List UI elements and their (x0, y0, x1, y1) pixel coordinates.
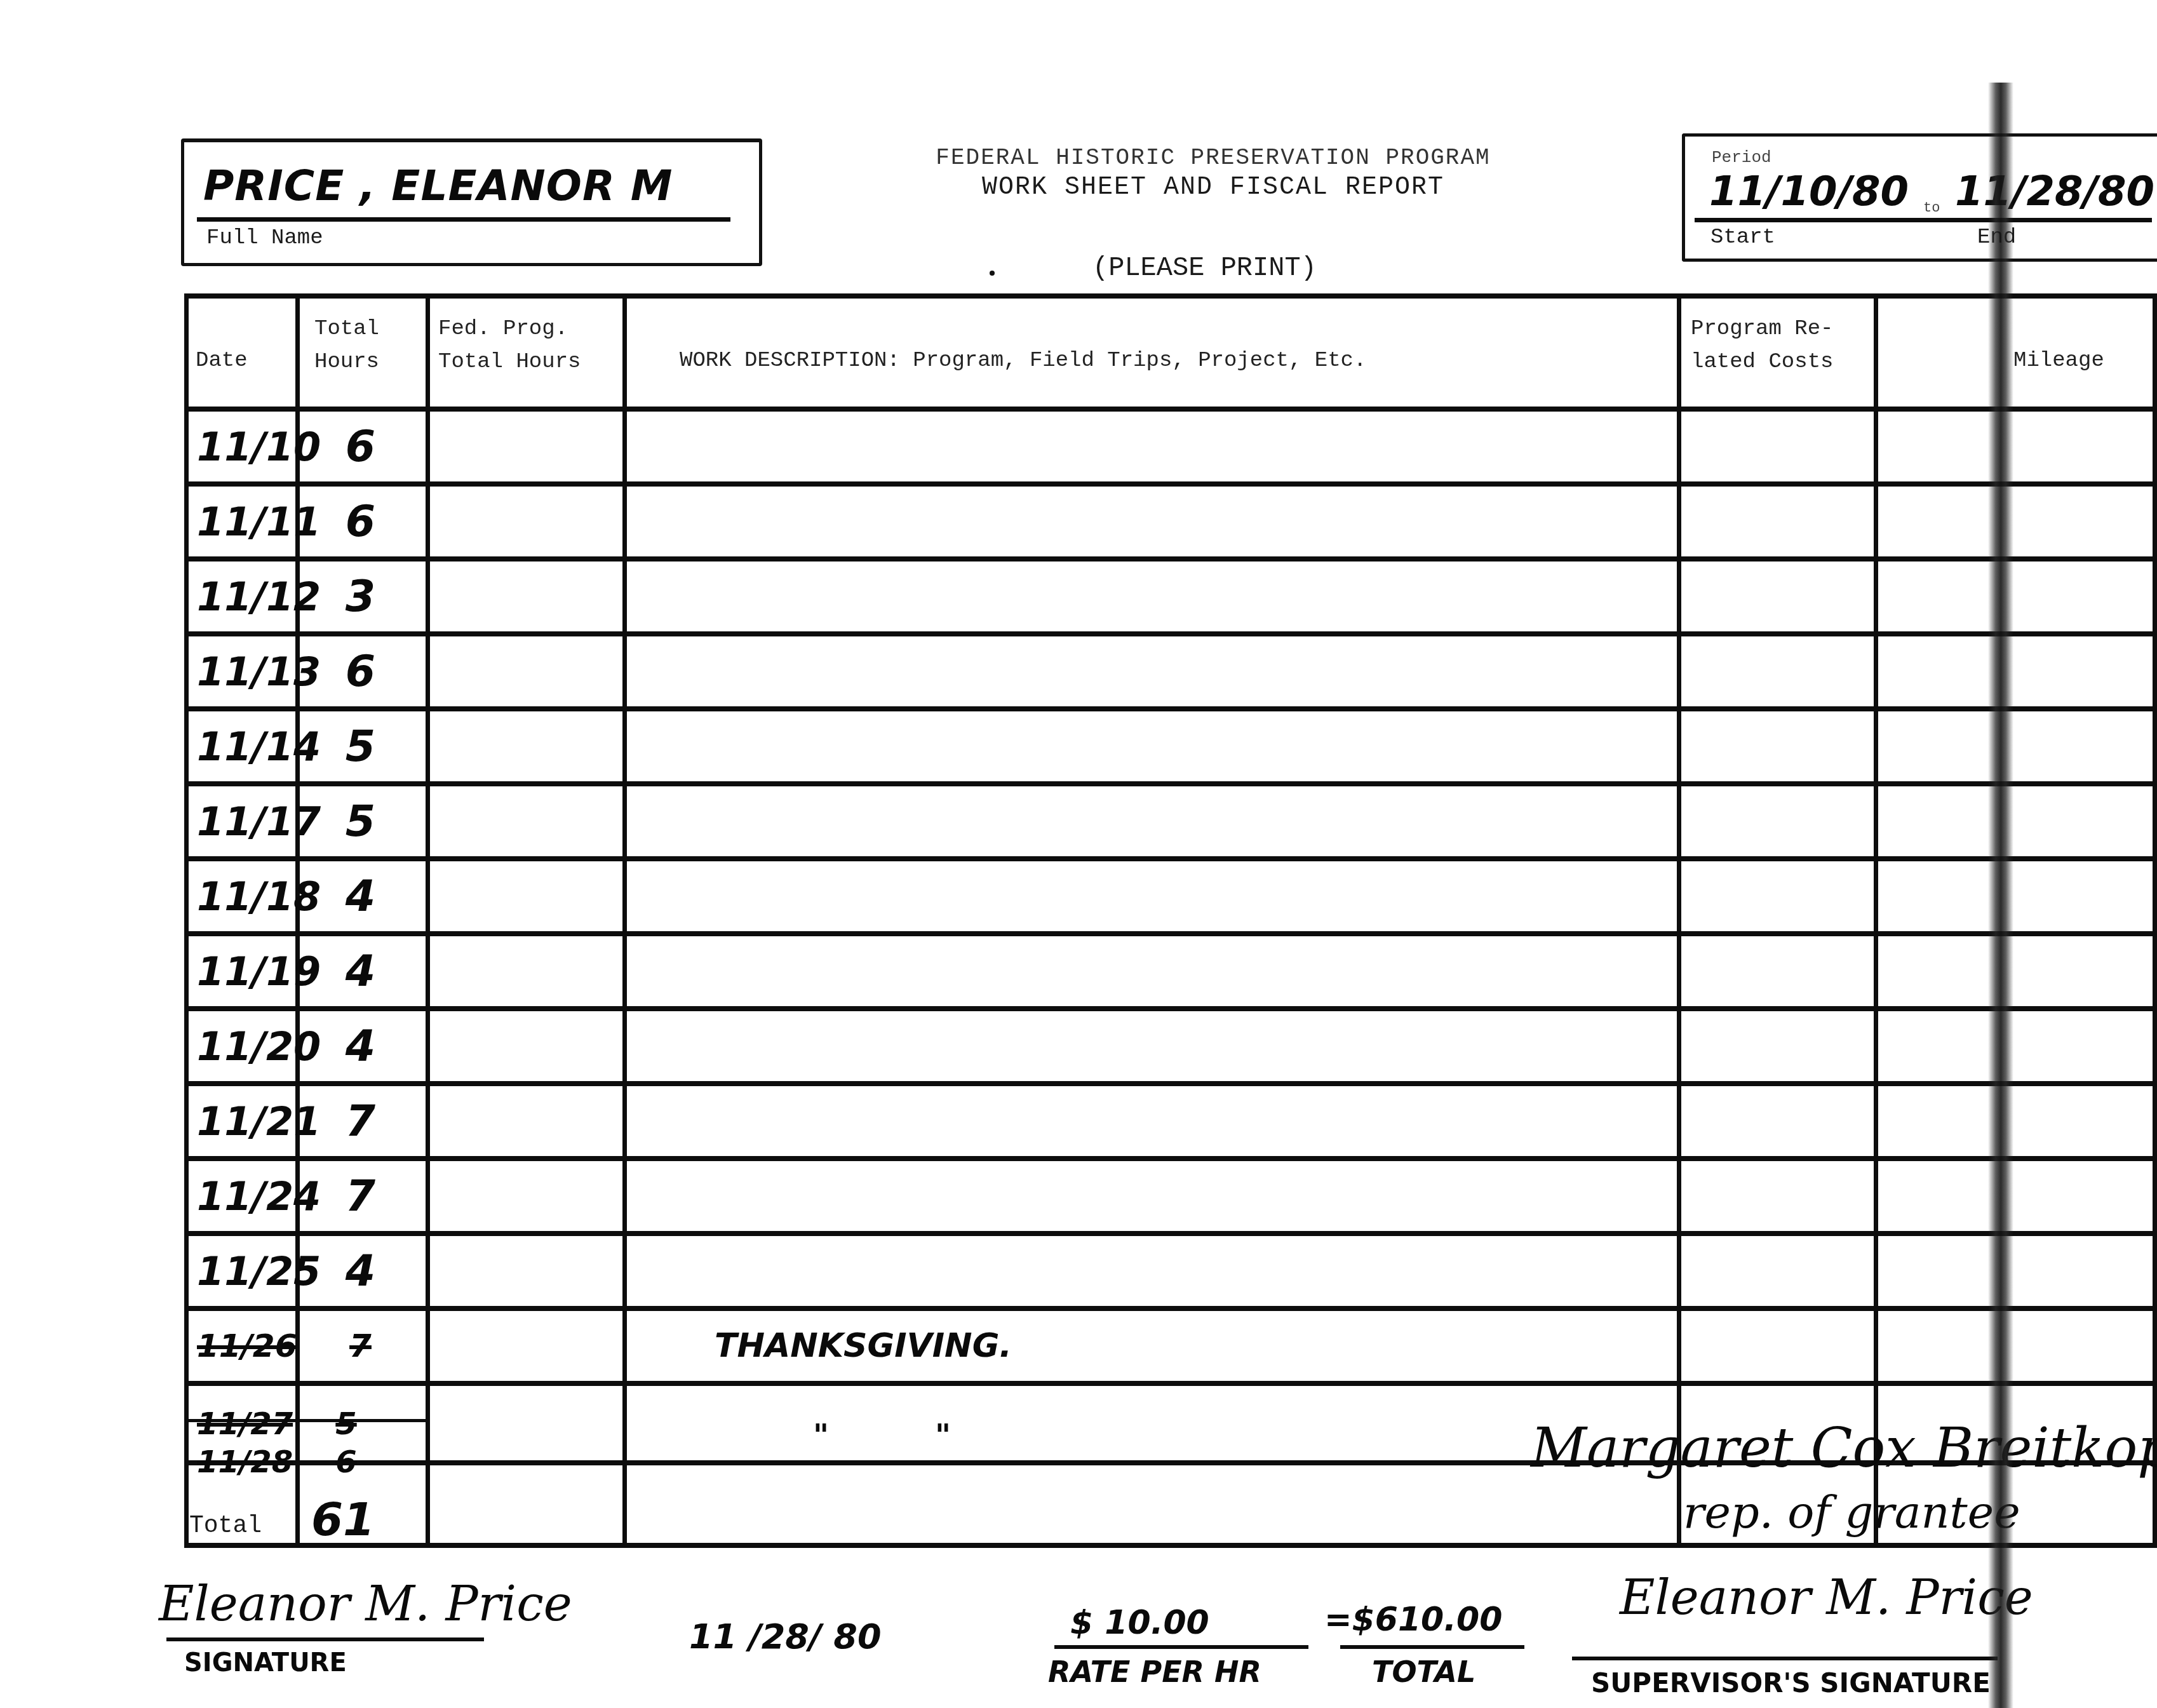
employee-signature[interactable]: Eleanor M. Price (159, 1575, 572, 1632)
full-name-label: Full Name (206, 226, 323, 250)
table-row-divider (184, 556, 2157, 561)
date-cell[interactable]: 11/25 (184, 1236, 308, 1306)
work-description-cell[interactable] (715, 861, 1667, 931)
table-row-divider (184, 1156, 2157, 1161)
program-costs-cell[interactable] (1683, 1086, 1874, 1156)
total-hours-cell[interactable]: 4 (295, 861, 426, 931)
signature-date[interactable]: 11 /28/ 80 (689, 1617, 881, 1657)
rate-per-hour-value[interactable]: $ 10.00 (1070, 1604, 1209, 1642)
period-start-value[interactable]: 11/10/80 (1709, 168, 1909, 215)
fed-prog-hours-cell[interactable] (426, 786, 622, 856)
total-hours-cell[interactable]: 4 (295, 1236, 426, 1306)
rate-line (1054, 1645, 1308, 1649)
date-cell[interactable]: 11/10 (184, 412, 308, 481)
fed-prog-hours-cell[interactable] (426, 412, 622, 481)
fed-prog-hours-cell[interactable] (426, 936, 622, 1006)
table-row-divider (184, 1381, 2157, 1386)
program-costs-cell[interactable] (1683, 561, 1874, 631)
table-column-divider (1874, 293, 1878, 1548)
work-description-cell[interactable] (715, 487, 1667, 556)
program-name: FEDERAL HISTORIC PRESERVATION PROGRAM (826, 145, 1601, 171)
date-cell[interactable]: 11/14 (184, 711, 308, 781)
struck-date-11-27[interactable]: 11/27 (184, 1405, 311, 1443)
date-cell[interactable]: 11/17 (184, 786, 308, 856)
table-row-divider (184, 481, 2157, 487)
total-hours-cell[interactable]: 6 (295, 487, 426, 556)
total-line (1340, 1645, 1524, 1649)
total-hours-cell[interactable]: 6 (295, 636, 426, 706)
work-description-cell[interactable] (715, 1161, 1667, 1231)
mileage-cell[interactable] (1880, 561, 2153, 631)
period-start-label: Start (1710, 225, 1775, 250)
work-description-cell[interactable] (715, 561, 1667, 631)
program-costs-cell[interactable] (1683, 711, 1874, 781)
mileage-cell[interactable] (1880, 487, 2153, 556)
mileage-cell[interactable] (1880, 1236, 2153, 1306)
mileage-cell[interactable] (1880, 786, 2153, 856)
date-cell[interactable]: 11/11 (184, 487, 308, 556)
fed-prog-hours-cell[interactable] (426, 1236, 622, 1306)
fed-prog-hours-cell[interactable] (426, 1311, 622, 1381)
column-header-program-costs: Program Re- lated Costs (1691, 313, 1833, 379)
report-title: WORK SHEET AND FISCAL REPORT (826, 173, 1601, 202)
total-hours-cell[interactable]: 6 (295, 412, 426, 481)
table-row-divider (184, 856, 2157, 861)
total-hours-cell[interactable]: 3 (295, 561, 426, 631)
fed-prog-hours-cell[interactable] (426, 487, 622, 556)
mileage-cell[interactable] (1880, 1161, 2153, 1231)
signature-label: SIGNATURE (184, 1648, 347, 1678)
supervisor-signature[interactable]: Eleanor M. Price (1620, 1569, 2033, 1625)
fed-prog-hours-cell[interactable] (426, 1086, 622, 1156)
program-costs-cell[interactable] (1683, 487, 1874, 556)
work-description-cell[interactable] (715, 936, 1667, 1006)
table-row-divider (184, 1081, 2157, 1086)
column-header-work-description: WORK DESCRIPTION: Program, Field Trips, … (680, 344, 1366, 377)
rate-per-hour-label: RATE PER HR (1048, 1655, 1261, 1689)
full-name-value[interactable]: PRICE , ELEANOR M (203, 161, 673, 210)
mileage-cell[interactable] (1880, 711, 2153, 781)
fed-prog-hours-cell[interactable] (426, 1011, 622, 1081)
date-cell[interactable]: 11/21 (184, 1086, 308, 1156)
table-row-divider (184, 1306, 2157, 1311)
mileage-cell[interactable] (1880, 1011, 2153, 1081)
date-cell[interactable]: 11/26 (184, 1311, 308, 1381)
table-row-divider (184, 1231, 2157, 1236)
work-description-cell[interactable] (715, 786, 1667, 856)
program-costs-cell[interactable] (1683, 1011, 1874, 1081)
fed-prog-hours-cell[interactable] (426, 711, 622, 781)
period-to-label: to (1923, 200, 1940, 216)
fed-prog-hours-cell[interactable] (426, 861, 622, 931)
program-costs-cell[interactable] (1683, 412, 1874, 481)
total-amount-value[interactable]: =$610.00 (1324, 1601, 1502, 1639)
mileage-cell[interactable] (1880, 412, 2153, 481)
date-cell[interactable]: 11/19 (184, 936, 308, 1006)
supervisor-signature-label: SUPERVISOR'S SIGNATURE (1591, 1667, 1991, 1698)
table-row-divider (184, 631, 2157, 636)
column-header-date: Date (196, 344, 248, 377)
date-cell[interactable]: 11/24 (184, 1161, 308, 1231)
program-costs-cell[interactable] (1683, 1236, 1874, 1306)
table-row-divider (184, 781, 2157, 786)
mileage-cell[interactable] (1880, 936, 2153, 1006)
form-title: FEDERAL HISTORIC PRESERVATION PROGRAM WO… (826, 145, 1601, 202)
table-column-divider (2153, 293, 2157, 1548)
table-row-divider (184, 1543, 2157, 1548)
program-costs-cell[interactable] (1683, 1311, 1874, 1381)
period-underline (1695, 218, 2152, 222)
work-description-cell[interactable]: THANKSGIVING. (715, 1311, 1667, 1381)
fed-prog-hours-cell[interactable] (426, 561, 622, 631)
total-hours-cell[interactable]: 7 (295, 1311, 426, 1381)
table-column-divider (622, 293, 627, 1548)
program-costs-cell[interactable] (1683, 636, 1874, 706)
grantee-note: rep. of grantee (1683, 1486, 2020, 1538)
fed-prog-hours-cell[interactable] (426, 1161, 622, 1231)
stray-dot (990, 271, 995, 276)
scanner-streak (1988, 83, 2013, 1708)
please-print-instruction: (PLEASE PRINT) (1092, 253, 1317, 283)
work-description-cell[interactable] (715, 711, 1667, 781)
total-hours-cell[interactable]: 7 (295, 1086, 426, 1156)
date-cell[interactable]: 11/12 (184, 561, 308, 631)
mileage-cell[interactable] (1880, 636, 2153, 706)
total-hours-value[interactable]: 61 (311, 1488, 375, 1551)
mileage-cell[interactable] (1880, 1311, 2153, 1381)
fed-prog-hours-cell[interactable] (426, 636, 622, 706)
mileage-cell[interactable] (1880, 1086, 2153, 1156)
period-label: Period (1712, 148, 1771, 167)
table-row-divider (184, 1006, 2157, 1011)
total-hours-cell[interactable]: 4 (295, 1011, 426, 1081)
grantee-signature: Margaret Cox Breitkopf (1531, 1416, 2157, 1480)
total-hours-cell[interactable]: 7 (295, 1161, 426, 1231)
work-description-cell[interactable] (715, 1011, 1667, 1081)
total-hours-cell[interactable]: 4 (295, 936, 426, 1006)
total-hours-cell[interactable]: 5 (295, 711, 426, 781)
total-hours-cell[interactable]: 5 (295, 786, 426, 856)
supervisor-signature-line (1572, 1657, 1998, 1660)
full-name-box: PRICE , ELEANOR M Full Name (181, 138, 762, 266)
work-description-cell[interactable] (715, 1086, 1667, 1156)
mileage-cell[interactable] (1880, 861, 2153, 931)
total-amount-label: TOTAL (1372, 1655, 1475, 1689)
column-header-mileage: Mileage (2013, 344, 2104, 377)
period-box: Period 11/10/80 to 11/28/80 Start End (1682, 133, 2157, 262)
program-costs-cell[interactable] (1683, 1161, 1874, 1231)
total-label: Total (189, 1497, 262, 1554)
signature-line (166, 1637, 484, 1641)
date-cell[interactable]: 11/20 (184, 1011, 308, 1081)
column-header-total-hours: Total Hours (314, 313, 379, 379)
column-header-fed-prog-hours: Fed. Prog. Total Hours (438, 313, 581, 379)
table-column-divider (1677, 293, 1681, 1548)
full-name-underline (197, 217, 730, 222)
table-row-divider (184, 407, 2157, 412)
period-end-value[interactable]: 11/28/80 (1955, 168, 2154, 215)
struck-date-11-28[interactable]: 11/28 (184, 1443, 311, 1481)
program-costs-cell[interactable] (1683, 861, 1874, 931)
date-cell[interactable]: 11/13 (184, 636, 308, 706)
table-row-divider (184, 293, 2157, 299)
table-row-divider (184, 706, 2157, 711)
work-sheet-table: Date Total Hours Fed. Prog. Total Hours … (184, 293, 2157, 1575)
date-cell[interactable]: 11/18 (184, 861, 308, 931)
struck-hours-11-27[interactable]: 5 (295, 1405, 397, 1443)
work-description-cell[interactable] (715, 412, 1667, 481)
table-row-divider (184, 931, 2157, 936)
work-description-cell[interactable] (715, 1236, 1667, 1306)
struck-hours-11-28[interactable]: 6 (295, 1443, 397, 1481)
ditto-marks[interactable]: " " (813, 1418, 951, 1453)
program-costs-cell[interactable] (1683, 936, 1874, 1006)
program-costs-cell[interactable] (1683, 786, 1874, 856)
work-description-cell[interactable] (715, 636, 1667, 706)
